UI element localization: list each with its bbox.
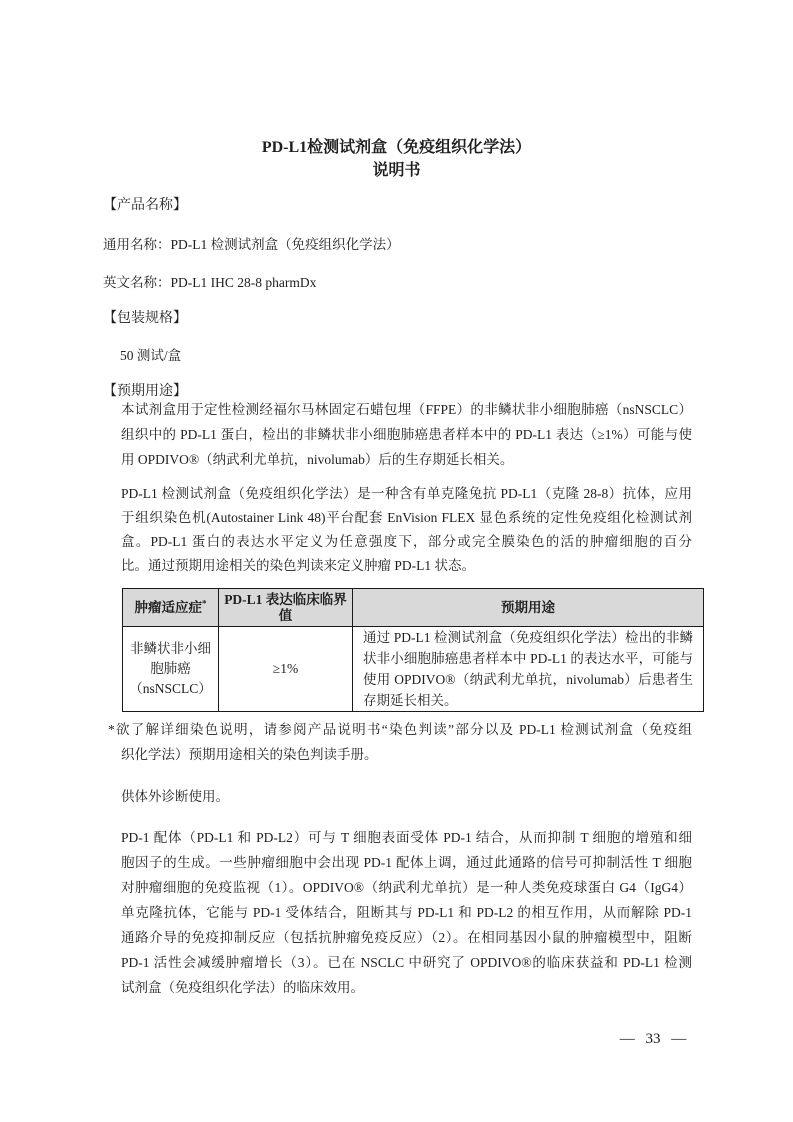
document-subtitle: 说明书 [0, 161, 793, 181]
cell-intended-use-text: 通过 PD-L1 检测试剂盒（免疫组织化学法）检出的非鳞状非小细胞肺癌患者样本中… [353, 627, 704, 712]
section-heading-packaging: 【包装规格】 [103, 310, 187, 327]
header-cell-tumor-indication: 肿瘤适应症* [123, 589, 219, 627]
tumor-indication-label: 肿瘤适应症 [135, 600, 203, 615]
indication-table-header-row: 肿瘤适应症* PD-L1 表达临床临界值 预期用途 [123, 589, 704, 627]
intended-use-paragraph-1: 本试剂盒用于定性检测经福尔马林固定石蜡包埋（FFPE）的非鳞状非小细胞肺癌（ns… [121, 397, 692, 472]
cell-tumor-indication: 非鳞状非小细胞肺癌（nsNSCLC） [123, 627, 219, 712]
in-vitro-note: 供体外诊断使用。 [121, 788, 229, 805]
page-number: — 33 — [608, 1031, 698, 1048]
cell-cutoff-value: ≥1% [219, 627, 353, 712]
intended-use-paragraph-2: PD-L1 检测试剂盒（免疫组织化学法）是一种含有单克隆兔抗 PD-L1（克隆 … [121, 482, 692, 578]
indication-table: 肿瘤适应症* PD-L1 表达临床临界值 预期用途 非鳞状非小细胞肺癌（nsNS… [122, 588, 704, 712]
packaging-spec-line: 50 测试/盒 [120, 347, 181, 364]
tumor-indication-footnote-marker: * [202, 598, 207, 608]
background-paragraph: PD-1 配体（PD-L1 和 PD-L2）可与 T 细胞表面受体 PD-1 结… [121, 825, 692, 1000]
section-heading-product-name: 【产品名称】 [103, 197, 187, 214]
document-title: PD-L1检测试剂盒（免疫组织化学法） [0, 138, 793, 158]
header-cell-cutoff: PD-L1 表达临床临界值 [219, 589, 353, 627]
generic-name-line: 通用名称：PD-L1 检测试剂盒（免疫组织化学法） [103, 236, 400, 253]
header-cell-intended-use: 预期用途 [353, 589, 704, 627]
indication-table-data-row: 非鳞状非小细胞肺癌（nsNSCLC） ≥1% 通过 PD-L1 检测试剂盒（免疫… [123, 627, 704, 712]
table-footnote: *欲了解详细染色说明，请参阅产品说明书“染色判读”部分以及 PD-L1 检测试剂… [108, 717, 692, 767]
document-page: PD-L1检测试剂盒（免疫组织化学法） 说明书 【产品名称】 通用名称：PD-L… [0, 0, 793, 1122]
english-name-line: 英文名称：PD-L1 IHC 28-8 pharmDx [103, 274, 316, 291]
